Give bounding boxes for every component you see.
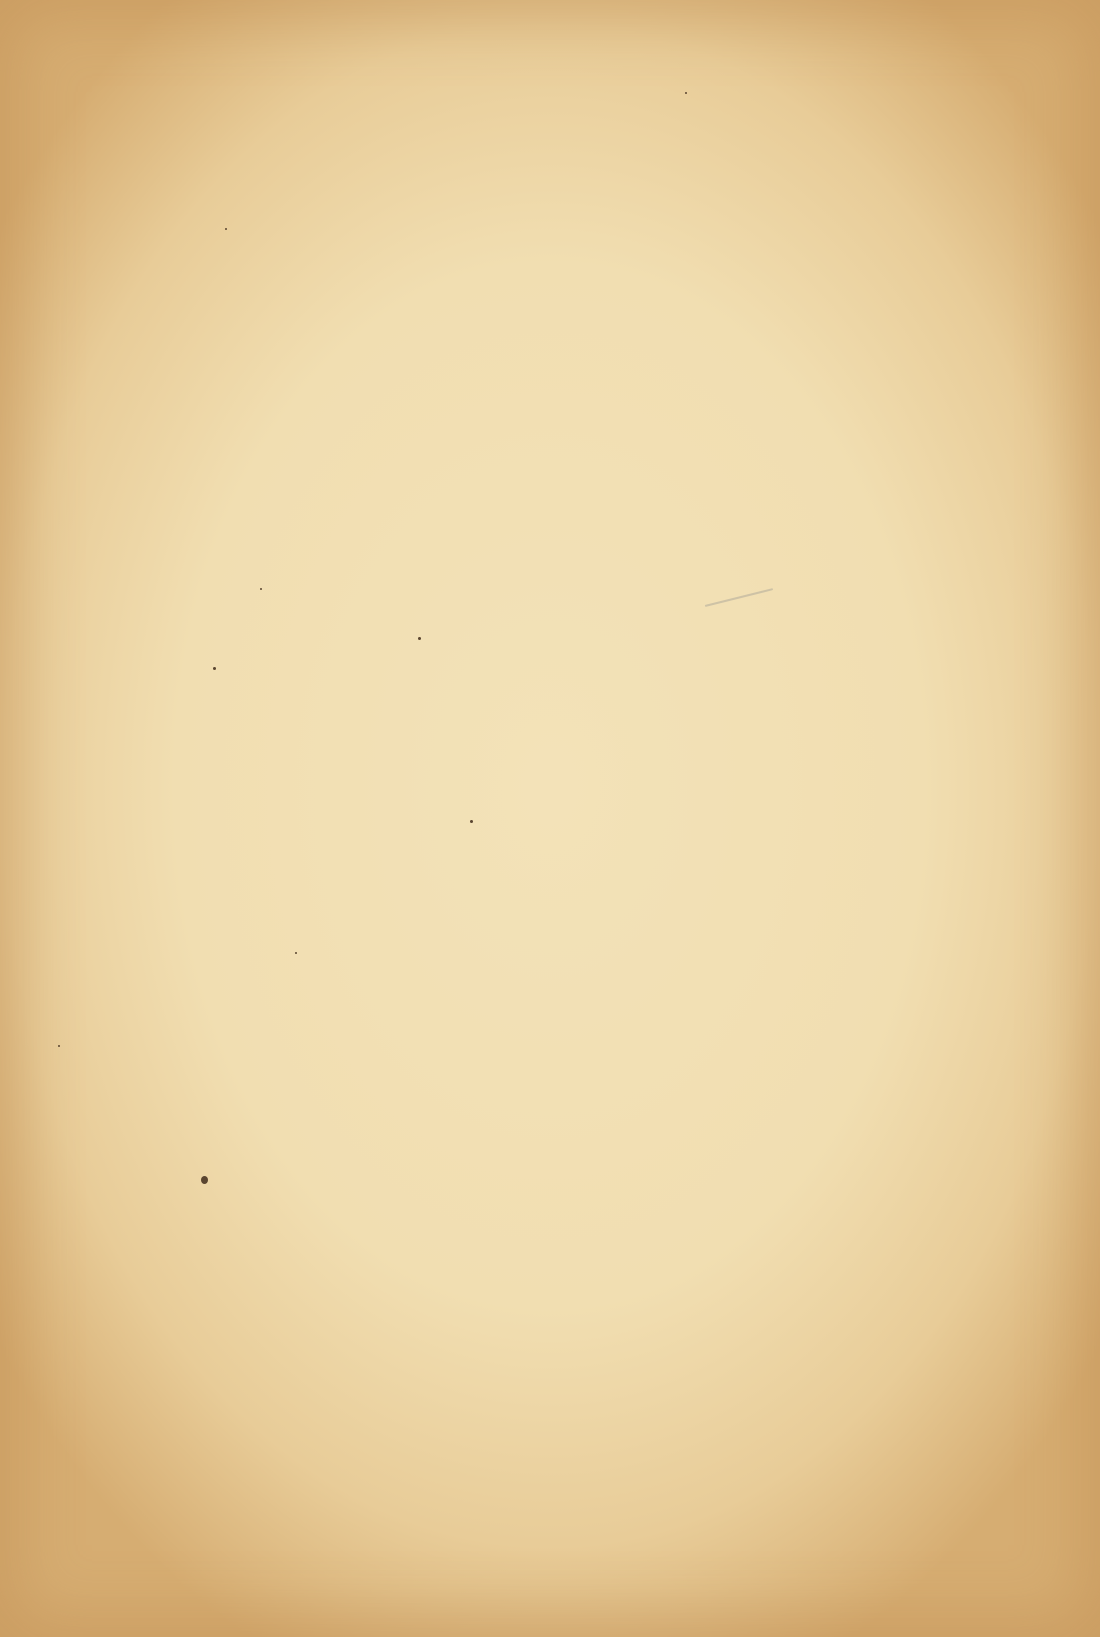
pencil-streak — [705, 588, 773, 607]
ink-speck — [470, 820, 473, 823]
ink-speck — [685, 92, 687, 94]
ink-speck — [213, 667, 216, 670]
ink-speck — [201, 1176, 208, 1184]
aged-edge-vignette — [0, 0, 1100, 1637]
blank-paper-page — [0, 0, 1100, 1637]
ink-speck — [225, 228, 227, 230]
ink-speck — [260, 588, 262, 590]
ink-speck — [58, 1045, 60, 1047]
ink-speck — [295, 952, 297, 954]
ink-speck — [418, 637, 421, 640]
